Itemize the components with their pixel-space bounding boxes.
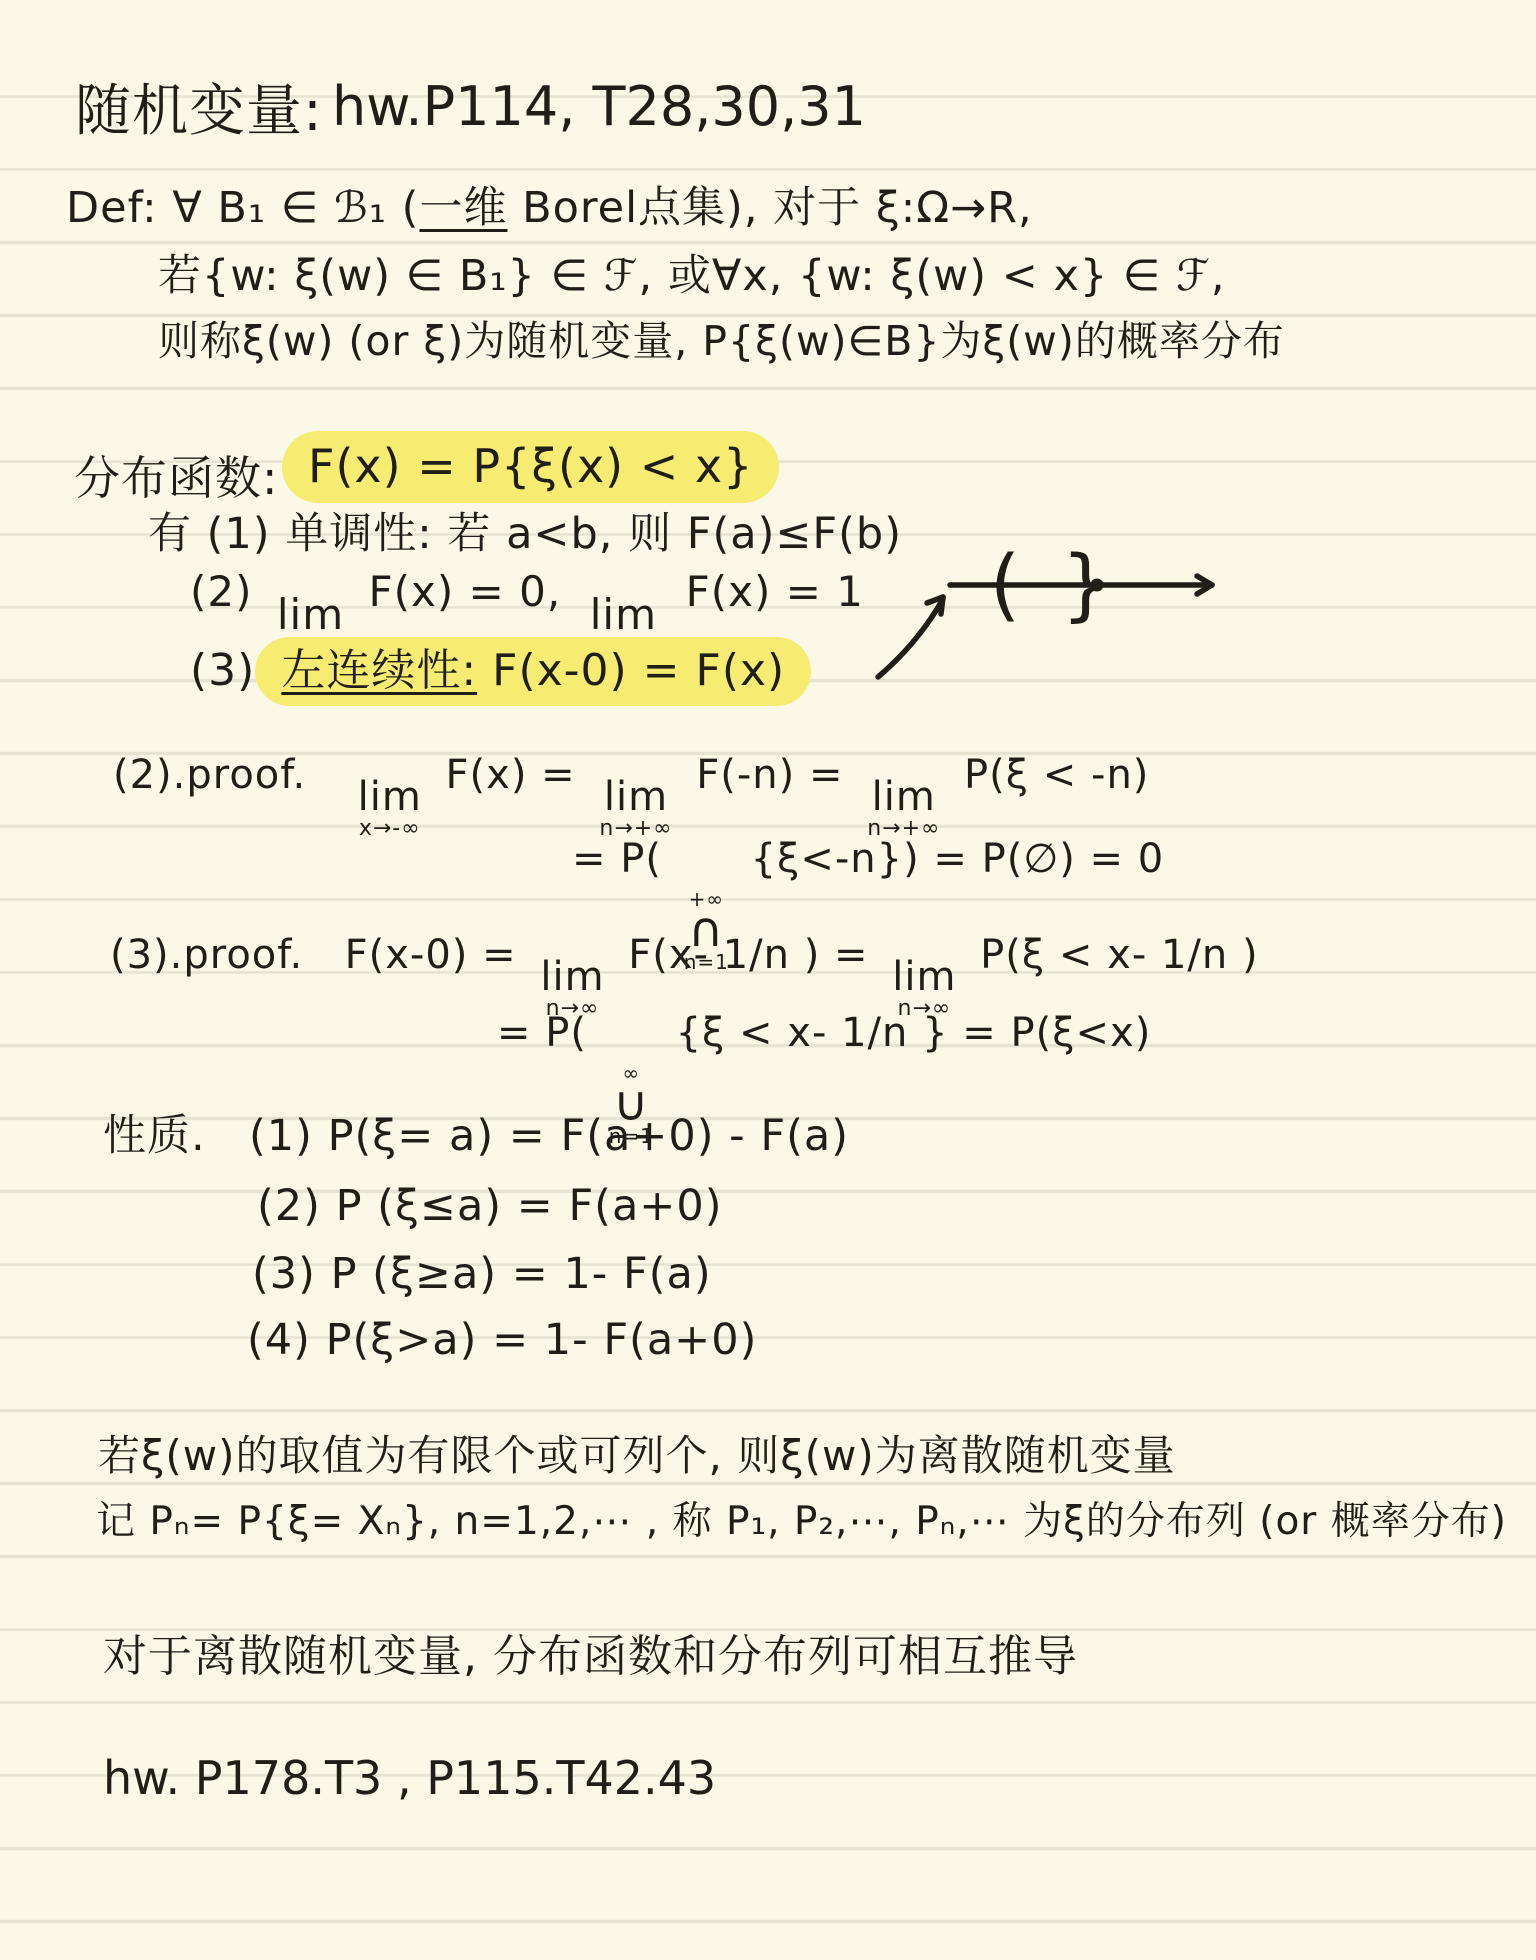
distribution-function-label: 分布函数: (74, 452, 279, 505)
property1-text: 有 (1) 单调性: 若 a<b, 则 F(a)≤F(b) (148, 509, 902, 559)
homework-text: hw.P114, T28,30,31 (332, 75, 866, 138)
definition-line-3: 则称ξ(w) (or ξ)为随机变量, P{ξ(w)∈B}为ξ(w)的概率分布 (158, 318, 1285, 365)
notebook-page: 随机变量: hw.P114, T28,30,31 Def: ∀ B₁ ∈ ℬ₁ … (0, 0, 1536, 1960)
page-title: 随机变量: (75, 80, 323, 144)
proof2-line-1: (2).proof. lim x→-∞ F(x) = lim n→+∞ F(-n… (113, 752, 1149, 840)
properties-item1-text: (1) P(ξ= a) = F(a+0) - F(a) (249, 1111, 849, 1161)
lim-word: lim (277, 595, 344, 635)
property2-end-text: F(x) = 1 (686, 567, 864, 616)
deduction-note: 对于离散随机变量, 分布函数和分布列可相互推导 (103, 1632, 1078, 1683)
limit-x-to-neg-infinity: lim x→-∞ (358, 778, 422, 840)
properties-item3-text: (3) P (ξ≥a) = 1- F(a) (252, 1249, 712, 1299)
properties-item-3: (3) P (ξ≥a) = 1- F(a) (252, 1250, 712, 1299)
distribution-property-1: 有 (1) 单调性: 若 a<b, 则 F(a)≤F(b) (148, 510, 902, 559)
property2-mid-text: F(x) = 0, (368, 567, 561, 616)
definition-line1-underlined: 一维 (419, 183, 507, 233)
definition-line3-text: 则称ξ(w) (or ξ)为随机变量, P{ξ(w)∈B}为ξ(w)的概率分布 (158, 317, 1285, 365)
discrete-line1-text: 若ξ(w)的取值为有限个或可列个, 则ξ(w)为离散随机变量 (98, 1431, 1176, 1480)
definition-line-1: Def: ∀ B₁ ∈ ℬ₁ (一维 Borel点集), 对于 ξ:Ω→R, (66, 184, 1033, 233)
lim-word: lim (872, 778, 936, 816)
curved-arrow (878, 597, 943, 677)
number-line-diagram: ( } (850, 535, 1290, 705)
discrete-line2-text: 记 Pₙ= P{ξ= Xₙ}, n=1,2,⋯ , 称 P₁, P₂,⋯, Pₙ… (96, 1499, 1507, 1544)
definition-line1-post: Borel点集), 对于 ξ:Ω→R, (507, 183, 1032, 233)
lim-word: lim (540, 958, 604, 996)
lim-word: lim (604, 778, 668, 816)
proof2-eq2-pre: = P( (572, 836, 662, 882)
highlight-pill-formula: F(x) = P{ξ(x) < x} (282, 431, 779, 503)
proof2-label: (2).proof. (113, 752, 306, 798)
limit-n-to-pos-infinity: lim n→+∞ (599, 778, 672, 840)
properties-item4-text: (4) P(ξ>a) = 1- F(a+0) (247, 1315, 757, 1365)
left-continuity-term: 左连续性: (281, 645, 477, 696)
distribution-function-formula: F(x) = P{ξ(x) < x} (282, 440, 779, 493)
definition-line1-pre: Def: ∀ B₁ ∈ ℬ₁ ( (66, 183, 419, 233)
proof3-eq2-pre: = P( (497, 1010, 587, 1056)
proof3-segment-2: P(ξ < x- 1/n ) (980, 932, 1258, 978)
property2-number: (2) (190, 567, 253, 616)
definition-line2-text: 若{w: ξ(w) ∈ B₁} ∈ ℱ, 或∀x, {w: ξ(w) < x} … (158, 251, 1226, 301)
lim-word: lim (358, 778, 422, 816)
proof3-segment-1: F(x- 1/n ) = (628, 932, 868, 978)
proof3-eq2-post: {ξ < x- 1/n } = P(ξ<x) (676, 1010, 1152, 1056)
proof2-segment-2: F(-n) = (696, 752, 843, 798)
lim-word: lim (892, 958, 956, 996)
proof3-segment-0: F(x-0) = (345, 932, 517, 978)
discrete-definition-line-2: 记 Pₙ= P{ξ= Xₙ}, n=1,2,⋯ , 称 P₁, P₂,⋯, Pₙ… (96, 1500, 1507, 1545)
deduction-note-text: 对于离散随机变量, 分布函数和分布列可相互推导 (103, 1631, 1078, 1682)
proof2-eq2-post: {ξ<-n}) = P(∅) = 0 (751, 836, 1165, 882)
distribution-label-text: 分布函数: (74, 451, 279, 505)
homework-reference-bottom: hw. P178.T3 , P115.T42.43 (103, 1752, 716, 1805)
properties-item-4: (4) P(ξ>a) = 1- F(a+0) (247, 1316, 757, 1365)
distribution-property-3: (3)左连续性: F(x-0) = F(x) (190, 646, 811, 697)
proof3-line-1: (3).proof. F(x-0) = lim n→∞ F(x- 1/n ) =… (110, 932, 1259, 1020)
limit-n-to-pos-infinity: lim n→+∞ (867, 778, 940, 840)
highlight-pill-left-continuity: 左连续性: F(x-0) = F(x) (255, 637, 811, 706)
properties-item2-text: (2) P (ξ≤a) = F(a+0) (257, 1181, 722, 1231)
homework-reference-top: hw.P114, T28,30,31 (332, 76, 866, 138)
lim-word: lim (590, 595, 657, 635)
properties-label: 性质. (103, 1111, 206, 1161)
properties-item-2: (2) P (ξ≤a) = F(a+0) (257, 1182, 722, 1231)
proof2-segment-3: P(ξ < -n) (964, 752, 1149, 798)
title-text: 随机变量: (75, 79, 323, 144)
properties-item-1: 性质. (1) P(ξ= a) = F(a+0) - F(a) (103, 1112, 849, 1161)
lim-subscript: x→-∞ (359, 818, 421, 840)
interval-open-paren: ( (990, 540, 1020, 630)
point-dot (1091, 579, 1104, 592)
proof3-label: (3).proof. (110, 932, 303, 978)
footer-homework-text: hw. P178.T3 , P115.T42.43 (103, 1751, 716, 1805)
proof2-segment-1: F(x) = (446, 752, 576, 798)
property3-number: (3) (190, 645, 255, 696)
distribution-formula-text: F(x) = P{ξ(x) < x} (308, 439, 753, 493)
discrete-definition-line-1: 若ξ(w)的取值为有限个或可列个, 则ξ(w)为离散随机变量 (98, 1432, 1176, 1480)
left-continuity-formula: F(x-0) = F(x) (477, 645, 785, 696)
definition-line-2: 若{w: ξ(w) ∈ B₁} ∈ ℱ, 或∀x, {w: ξ(w) < x} … (158, 252, 1226, 301)
